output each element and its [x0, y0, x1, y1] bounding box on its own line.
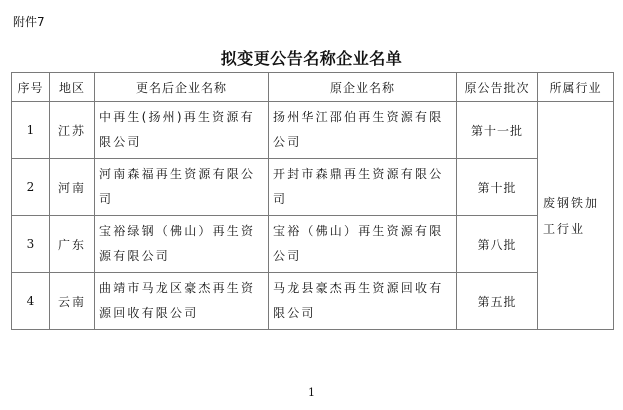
row-new-name: 宝裕绿钢（佛山）再生资源有限公司	[95, 216, 269, 273]
document-title: 拟变更公告名称企业名单	[0, 46, 623, 69]
industry-cell: 废钢铁加工行业	[538, 102, 614, 330]
table-header-row: 序号 地区 更名后企业名称 原企业名称 原公告批次 所属行业	[12, 73, 614, 102]
attachment-label: 附件7	[13, 13, 45, 30]
row-no: 1	[12, 102, 50, 159]
row-region: 江苏	[50, 102, 95, 159]
table-row: 4 云南 曲靖市马龙区豪杰再生资源回收有限公司 马龙县豪杰再生资源回收有限公司 …	[12, 273, 614, 330]
row-no: 2	[12, 159, 50, 216]
table-row: 2 河南 河南森福再生资源有限公司 开封市森鼎再生资源有限公司 第十批	[12, 159, 614, 216]
header-batch: 原公告批次	[457, 73, 538, 102]
table-row: 1 江苏 中再生(扬州)再生资源有限公司 扬州华江邵伯再生资源有限公司 第十一批…	[12, 102, 614, 159]
company-rename-table: 序号 地区 更名后企业名称 原企业名称 原公告批次 所属行业 1 江苏 中再生(…	[11, 72, 614, 330]
table-row: 3 广东 宝裕绿钢（佛山）再生资源有限公司 宝裕（佛山）再生资源有限公司 第八批	[12, 216, 614, 273]
row-batch: 第十一批	[457, 102, 538, 159]
page-number: 1	[0, 386, 623, 399]
row-no: 3	[12, 216, 50, 273]
row-region: 云南	[50, 273, 95, 330]
row-region: 广东	[50, 216, 95, 273]
row-old-name: 扬州华江邵伯再生资源有限公司	[269, 102, 457, 159]
header-region: 地区	[50, 73, 95, 102]
row-old-name: 开封市森鼎再生资源有限公司	[269, 159, 457, 216]
header-new-name: 更名后企业名称	[95, 73, 269, 102]
header-old-name: 原企业名称	[269, 73, 457, 102]
row-batch: 第五批	[457, 273, 538, 330]
row-new-name: 中再生(扬州)再生资源有限公司	[95, 102, 269, 159]
row-batch: 第八批	[457, 216, 538, 273]
header-industry: 所属行业	[538, 73, 614, 102]
row-new-name: 曲靖市马龙区豪杰再生资源回收有限公司	[95, 273, 269, 330]
row-old-name: 马龙县豪杰再生资源回收有限公司	[269, 273, 457, 330]
row-new-name: 河南森福再生资源有限公司	[95, 159, 269, 216]
row-batch: 第十批	[457, 159, 538, 216]
row-region: 河南	[50, 159, 95, 216]
row-no: 4	[12, 273, 50, 330]
row-old-name: 宝裕（佛山）再生资源有限公司	[269, 216, 457, 273]
header-no: 序号	[12, 73, 50, 102]
